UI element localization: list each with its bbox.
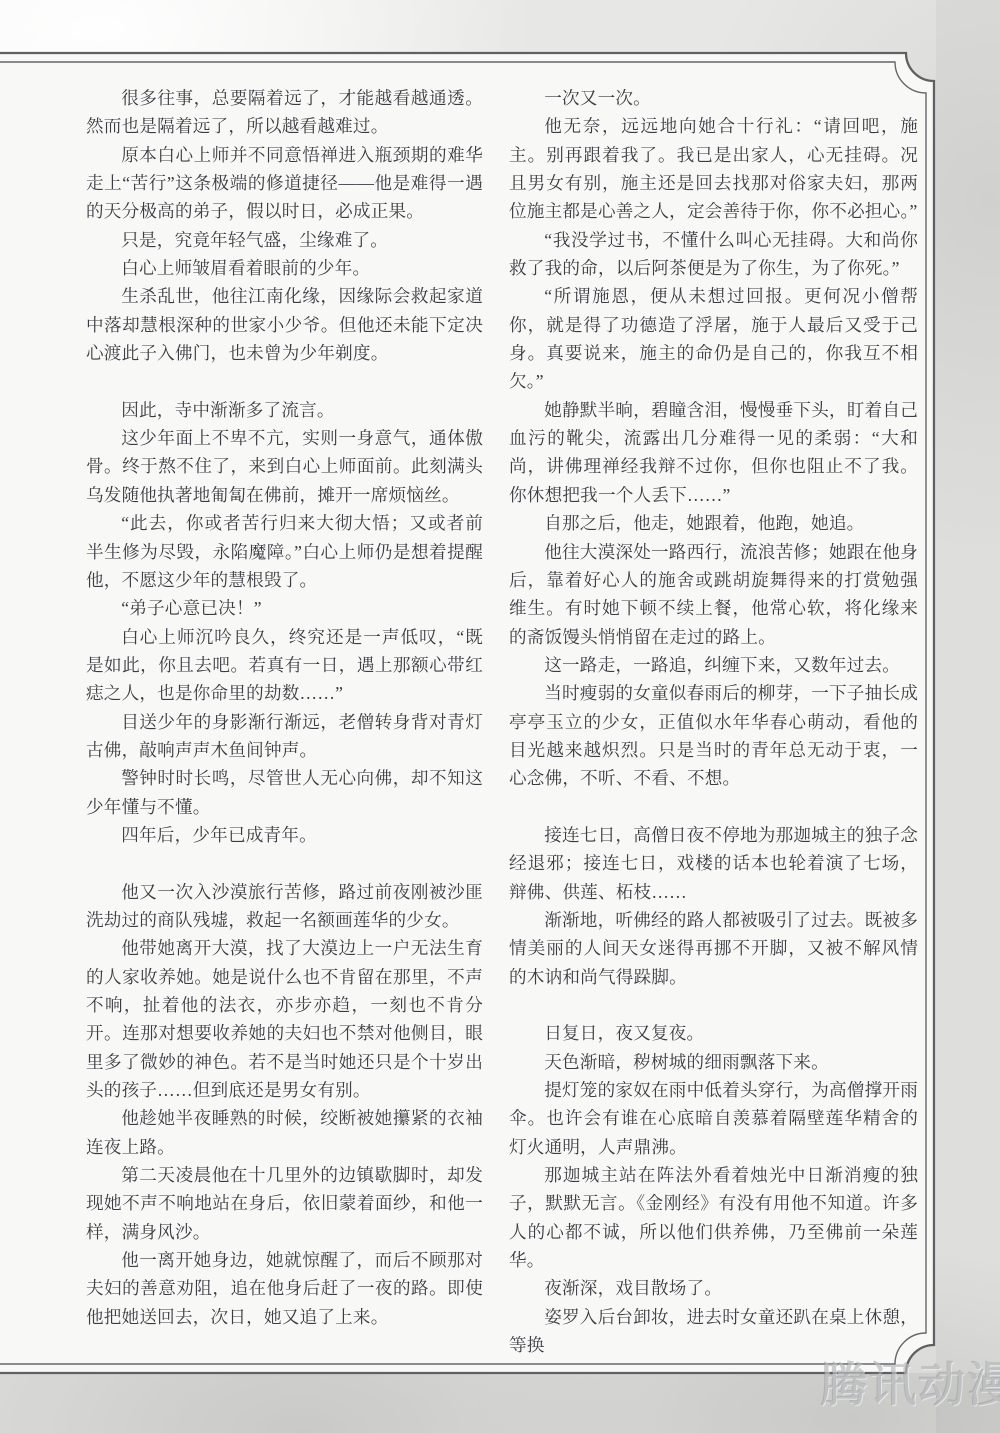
paragraph: “我没学过书，不懂什么叫心无挂碍。大和尚你救了我的命，以后阿茶便是为了你生，为了… <box>509 226 918 283</box>
paragraph: 他一离开她身边，她就惊醒了，而后不顾那对夫妇的善意劝阻，追在他身后赶了一夜的路。… <box>86 1246 483 1331</box>
paragraph: 很多往事，总要隔着远了，才能越看越通透。然而也是隔着远了，所以越看越难过。 <box>86 84 483 141</box>
paragraph: 当时瘦弱的女童似春雨后的柳芽，一下子抽长成亭亭玉立的少女，正值似水年华春心萌动，… <box>509 679 918 792</box>
paragraph: 生杀乱世，他往江南化缘，因缘际会救起家道中落却慧根深种的世家小少爷。但他还未能下… <box>86 282 483 367</box>
paragraph: 他又一次入沙漠旅行苦修，路过前夜刚被沙匪洗劫过的商队残墟，救起一名额画莲华的少女… <box>86 878 483 935</box>
watermark-logo: 腾讯动漫 <box>820 1348 1000 1415</box>
paragraph: 目送少年的身影渐行渐远，老僧转身背对青灯古佛，敲响声声木鱼间钟声。 <box>86 708 483 765</box>
paragraph: 他趁她半夜睡熟的时候，绞断被她攥紧的衣袖连夜上路。 <box>86 1104 483 1161</box>
paragraph: 白心上师皱眉看着眼前的少年。 <box>86 254 483 282</box>
paragraph: 因此，寺中渐渐多了流言。 <box>86 396 483 424</box>
text-column-right: 一次又一次。他无奈，远远地向她合十行礼：“请回吧，施主。别再跟着我了。我已是出家… <box>509 84 918 1359</box>
paragraph: “此去，你或者苦行归来大彻大悟；又或者前半生修为尽毁，永陷魔障。”白心上师仍是想… <box>86 509 483 594</box>
paragraph: 那迦城主站在阵法外看着烛光中日渐消瘦的独子，默默无言。《金刚经》有没有用他不知道… <box>509 1161 918 1274</box>
paragraph: 四年后，少年已成青年。 <box>86 821 483 849</box>
text-column-left: 很多往事，总要隔着远了，才能越看越通透。然而也是隔着远了，所以越看越难过。原本白… <box>86 84 483 1331</box>
paragraph: 提灯笼的家奴在雨中低着头穿行，为高僧撑开雨伞。也许会有谁在心底暗自羡慕着隔壁莲华… <box>509 1076 918 1161</box>
paragraph: 第二天凌晨他在十几里外的边镇歇脚时，却发现她不声不响地站在身后，依旧蒙着面纱，和… <box>86 1161 483 1246</box>
paragraph: 他带她离开大漠，找了大漠边上一户无法生育的人家收养她。她是说什么也不肯留在那里，… <box>86 934 483 1104</box>
paragraph: “弟子心意已决！” <box>86 594 483 622</box>
paragraph: 日复日，夜又复夜。 <box>509 1019 918 1047</box>
paragraph: 她静默半晌，碧瞳含泪，慢慢垂下头，盯着自己血污的靴尖，流露出几分难得一见的柔弱：… <box>509 396 918 509</box>
paragraph: “所谓施恩，便从未想过回报。更何况小僧帮你，就是得了功德造了浮屠，施于人最后又受… <box>509 282 918 395</box>
paragraph: 警钟时时长鸣，尽管世人无心向佛，却不知这少年懂与不懂。 <box>86 764 483 821</box>
paragraph: 夜渐深，戏目散场了。 <box>509 1274 918 1302</box>
novel-page: { "page": { "watermark": "腾讯动漫", "frame_… <box>0 0 1000 1433</box>
paragraph: 这少年面上不卑不亢，实则一身意气，通体傲骨。终于熬不住了，来到白心上师面前。此刻… <box>86 424 483 509</box>
paragraph: 白心上师沉吟良久，终究还是一声低叹，“既是如此，你且去吧。若真有一日，遇上那额心… <box>86 623 483 708</box>
paragraph: 自那之后，他走，她跟着，他跑，她追。 <box>509 509 918 537</box>
paragraph: 原本白心上师并不同意悟禅进入瓶颈期的难华走上“苦行”这条极端的修道捷径——他是难… <box>86 141 483 226</box>
paragraph: 一次又一次。 <box>509 84 918 112</box>
paragraph: 渐渐地，听佛经的路人都被吸引了过去。既被多情美丽的人间天女迷得再挪不开脚，又被不… <box>509 906 918 991</box>
paragraph: 只是，究竟年轻气盛，尘缘难了。 <box>86 226 483 254</box>
paragraph: 他无奈，远远地向她合十行礼：“请回吧，施主。别再跟着我了。我已是出家人，心无挂碍… <box>509 112 918 225</box>
paragraph: 他往大漠深处一路西行，流浪苦修；她跟在他身后，靠着好心人的施舍或跳胡旋舞得来的打… <box>509 538 918 651</box>
paragraph: 接连七日，高僧日夜不停地为那迦城主的独子念经退邪；接连七日，戏楼的话本也轮着演了… <box>509 821 918 906</box>
paragraph: 天色渐暗，秽树城的细雨飘落下来。 <box>509 1048 918 1076</box>
paragraph: 这一路走，一路追，纠缠下来，又数年过去。 <box>509 651 918 679</box>
